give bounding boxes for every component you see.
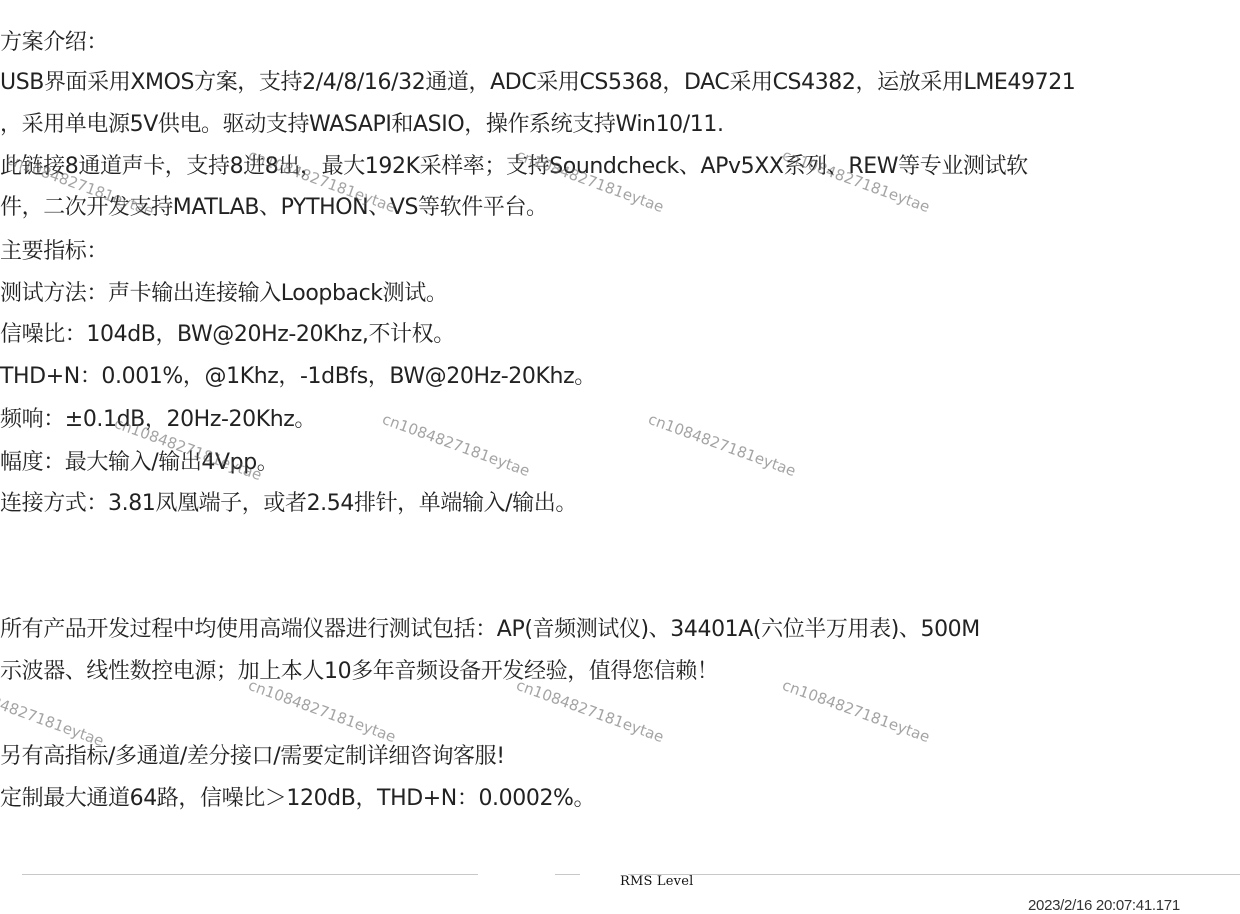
timestamp: 2023/2/16 20:07:41.171 (1028, 897, 1180, 914)
watermark: cn1084827181eytae (0, 680, 106, 750)
spec-freq-response: 频响：±0.1dB，20Hz-20Khz。 (0, 405, 316, 435)
specs-heading: 主要指标： (0, 237, 108, 267)
rms-level-label: RMS Level (620, 874, 693, 889)
watermark: cn1084827181eytae (380, 410, 532, 480)
spec-connection: 连接方式：3.81凤凰端子，或者2.54排针，单端输入/输出。 (0, 489, 577, 519)
intro-heading: 方案介绍： (0, 28, 108, 58)
spec-snr: 信噪比：104dB，BW@20Hz-20Khz,不计权。 (0, 320, 455, 350)
spec-amplitude: 幅度：最大输入/输出4Vpp。 (0, 448, 278, 478)
custom-line: 另有高指标/多通道/差分接口/需要定制详细咨询客服! (0, 742, 505, 772)
custom-line: 定制最大通道64路，信噪比＞120dB，THD+N：0.0002%。 (0, 784, 595, 814)
spec-thdn: THD+N：0.001%，@1Khz，-1dBfs，BW@20Hz-20Khz。 (0, 362, 596, 392)
intro-line: 此链接8通道声卡，支持8进8出，最大192K采样率；支持Soundcheck、A… (0, 152, 1028, 182)
intro-line: 件，二次开发支持MATLAB、PYTHON、VS等软件平台。 (0, 193, 548, 223)
intro-line: USB界面采用XMOS方案，支持2/4/8/16/32通道，ADC采用CS536… (0, 68, 1075, 98)
watermark: cn1084827181eytae (646, 410, 798, 480)
divider-line (22, 874, 478, 875)
spec-test-method: 测试方法：声卡输出连接输入Loopback测试。 (0, 279, 447, 309)
intro-line: ，采用单电源5V供电。驱动支持WASAPI和ASIO，操作系统支持Win10/1… (0, 110, 724, 140)
quality-line: 示波器、线性数控电源；加上本人10多年音频设备开发经验，值得您信赖！ (0, 657, 718, 687)
divider-line (628, 874, 1240, 875)
watermark: cn1084827181eytae (780, 676, 932, 746)
quality-line: 所有产品开发过程中均使用高端仪器进行测试包括：AP(音频测试仪)、34401A(… (0, 615, 980, 645)
divider-line (555, 874, 580, 875)
